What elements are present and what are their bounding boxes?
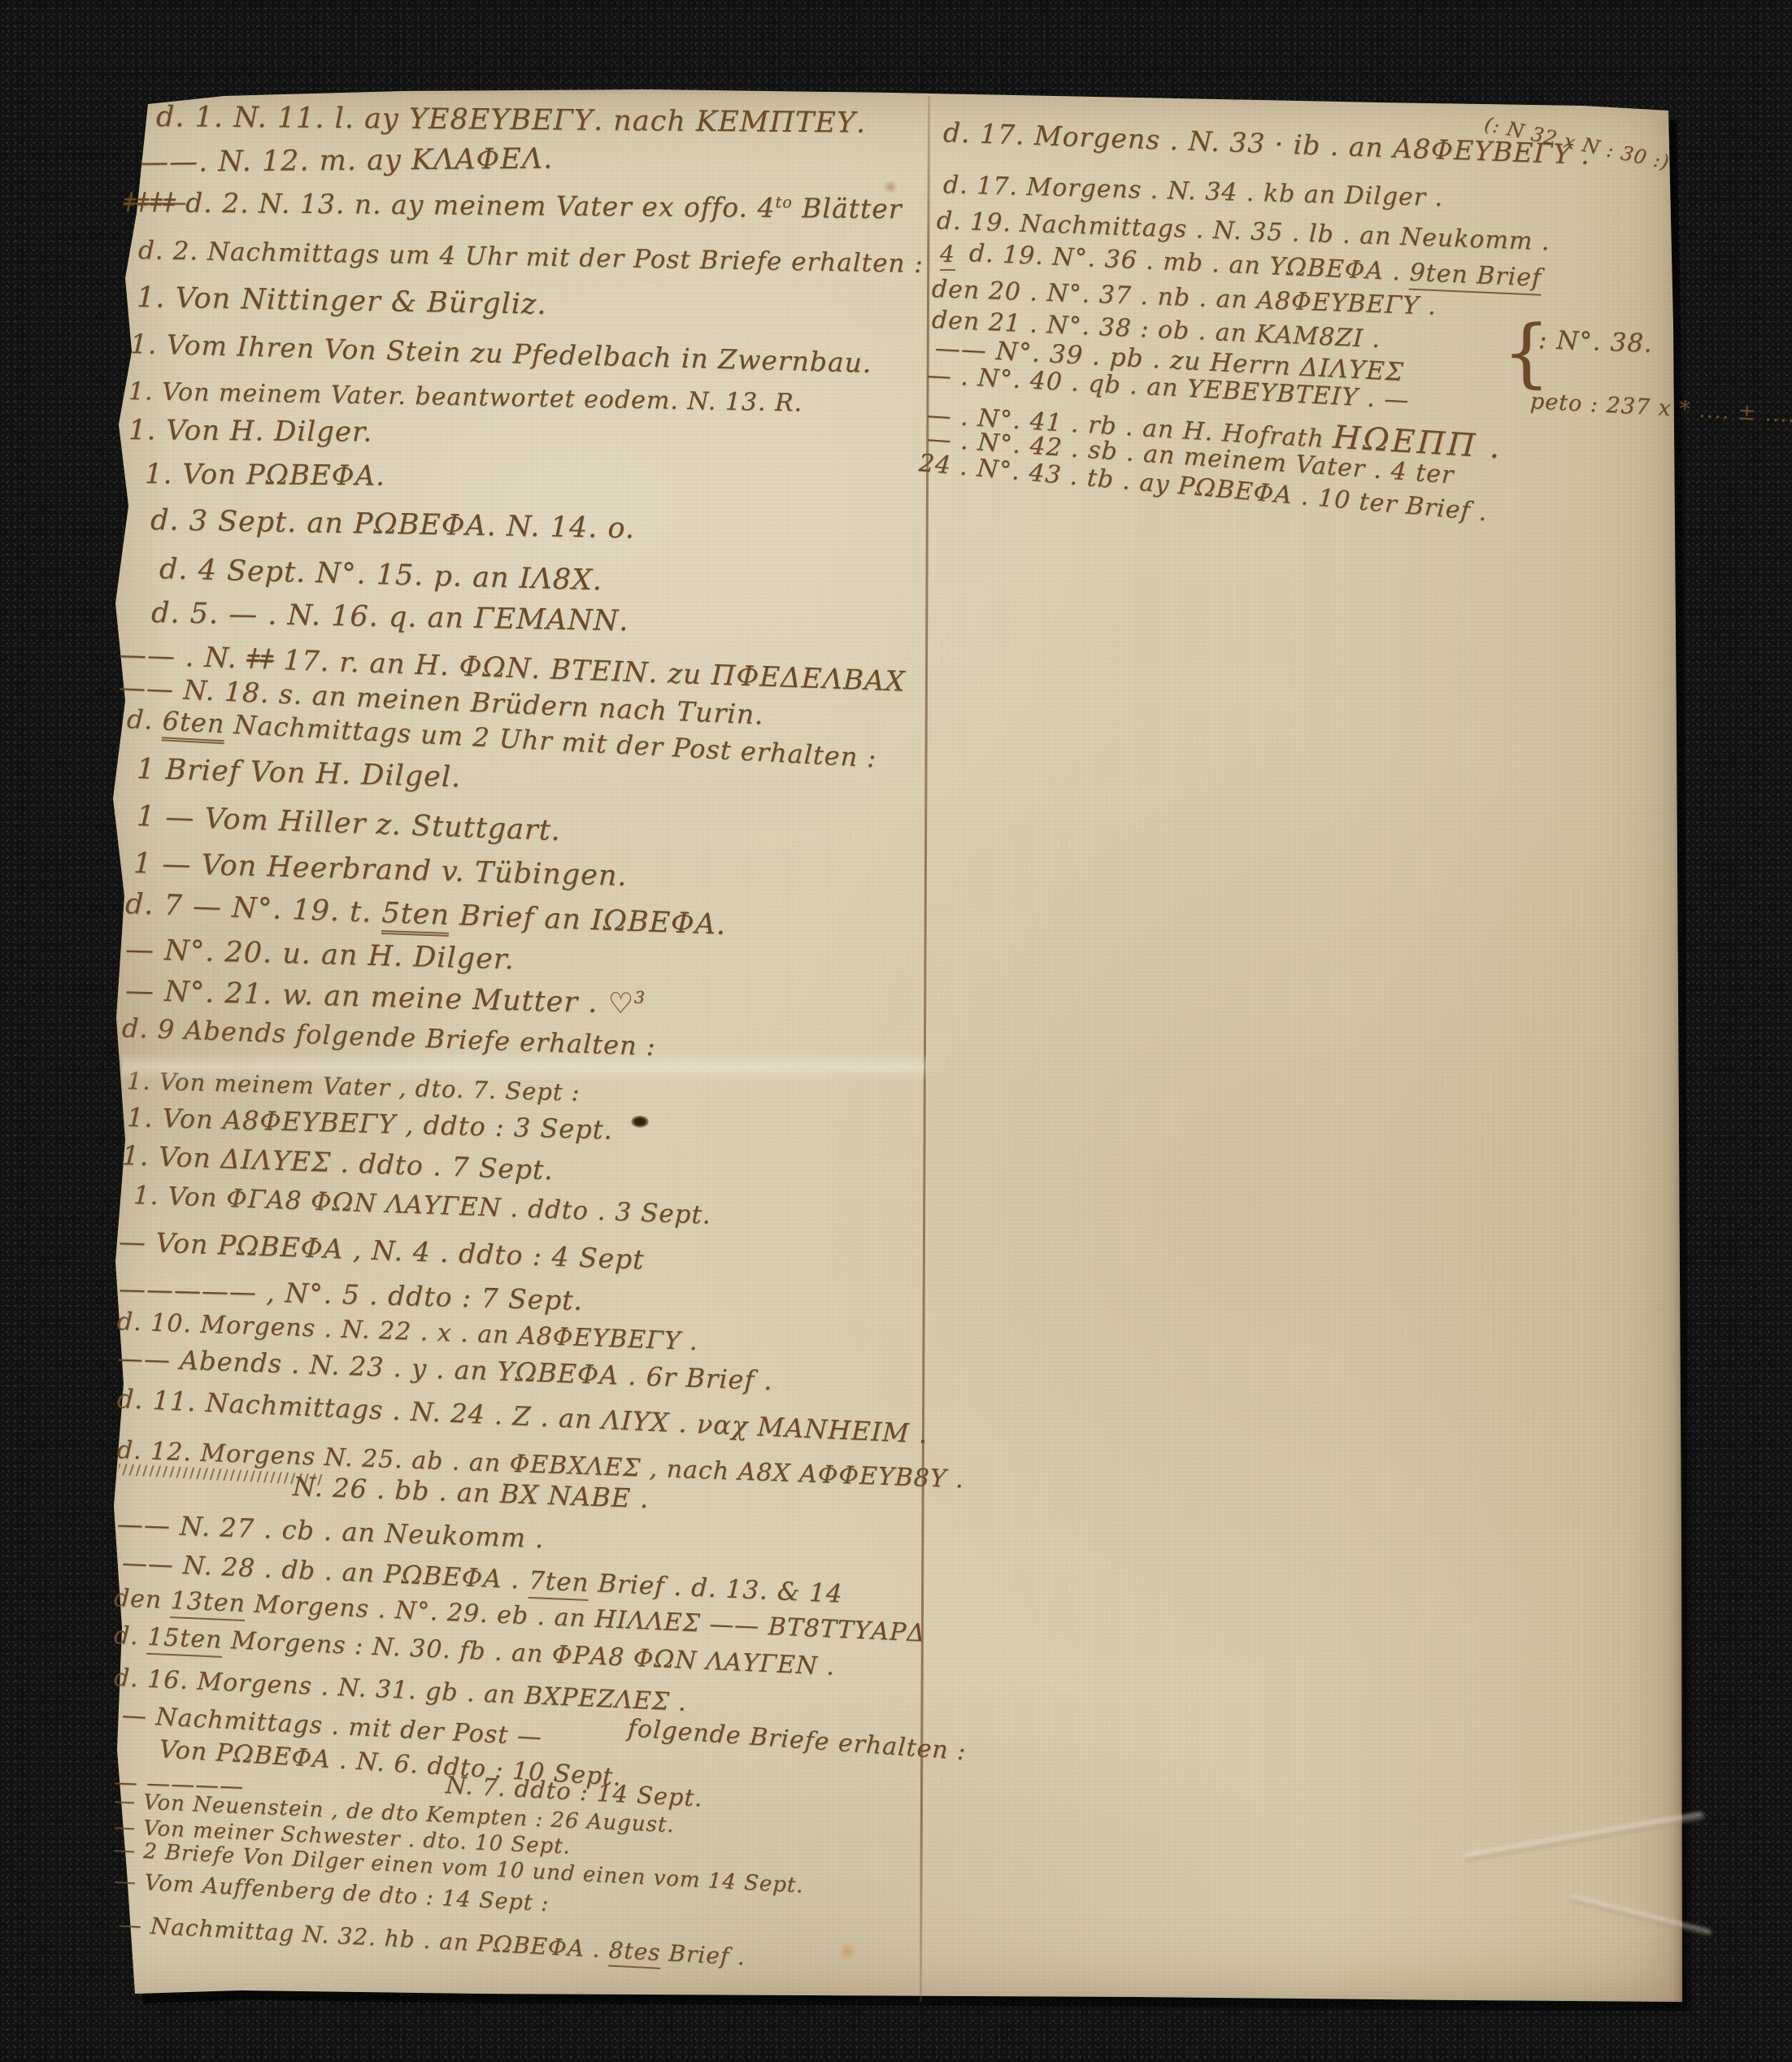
handwritten-text-run: 9ten Brief: [1409, 259, 1542, 296]
handwritten-text-run: — N°. 20. u. an H. Dilger.: [124, 933, 515, 977]
handwritten-text-run: 6ten: [162, 705, 226, 744]
handwritten-text-run: 1 — Vom Hiller z. Stuttgart.: [136, 800, 561, 847]
right-column-entry-line: : N°. 38.: [1538, 327, 1653, 357]
handwritten-text-run: 1. Von ΡΩΒΕΦΑ.: [145, 458, 385, 493]
handwritten-text-run: d. 3 Sept. an ΡΩΒΕΦΑ. N. 14. o.: [150, 504, 636, 545]
left-column-entry-line: 1. Von H. Dilger.: [128, 416, 373, 447]
handwritten-text-run: ǂǂ: [246, 643, 275, 676]
handwritten-text-run: 13ten: [170, 1586, 246, 1621]
handwritten-text-run: : N°. 38.: [1538, 325, 1653, 359]
handwritten-text-run: den: [113, 1584, 171, 1615]
left-column-entry-line: 1. Von meinem Vater. beantwortet eodem. …: [128, 379, 803, 416]
handwritten-text-run: d. 7 — N°. 19. t.: [124, 888, 382, 929]
left-column-entry-line: 1 Brief Von H. Dilgel.: [137, 755, 462, 793]
paper-stain-mark: [883, 181, 898, 194]
paper-stain-mark: [839, 1942, 855, 1961]
left-column-entry-line: d. 1. N. 11. l. ay ΥΕ8ΕΥΒΕΓΥ. nach ΚΕΜΠΤ…: [156, 102, 866, 138]
left-column-entry-line: — Von ΡΩΒΕΦΑ , N. 4 . ddto : 4 Sept: [118, 1228, 645, 1274]
handwritten-text-run: d.: [113, 1621, 148, 1651]
right-column-entry-line: peto : 237 x * .... ± .... ?: [1529, 390, 1792, 428]
paper-crease-mark: [1568, 1895, 1712, 1936]
handwritten-text-run: 3: [634, 987, 646, 1007]
handwritten-text-run: 1. Von ΔΙΛΥΕΣ . ddto . 7 Sept.: [121, 1139, 554, 1186]
left-column-entry-line: ǂǂǂǂ d. 2. N. 13. n. ay meinem Vater ex …: [124, 189, 903, 224]
handwritten-text-run: Brief .: [660, 1939, 746, 1970]
right-column-entry-line: 4: [940, 242, 955, 266]
handwritten-text-run: d. 2. Nachmittags um 4 Uhr mit der Post …: [138, 236, 924, 279]
handwritten-text-run: d. 1. N. 11. l. ay ΥΕ8ΕΥΒΕΓΥ. nach ΚΕΜΠΤ…: [156, 101, 866, 140]
left-column-entry-line: 1. Von Nittinger & Bürgliz.: [137, 283, 547, 320]
handwritten-text-run: d. 17. Morgens . N. 34 . kb an Dilger .: [943, 171, 1444, 212]
handwritten-text-run: 8tes: [608, 1937, 662, 1969]
handwritten-text-run: Blätter: [793, 192, 903, 224]
handwritten-text-run: — N°. 21. w. an meine Mutter . ♡: [124, 975, 634, 1020]
right-column-entry-line: d. 17. Morgens . N. 34 . kb an Dilger .: [943, 172, 1444, 211]
left-column-entry-line: —— N. 27 . cb . an Neukomm .: [116, 1511, 545, 1553]
handwritten-text-run: 1. Von H. Dilger.: [128, 414, 373, 449]
left-column-entry-line: — N°. 21. w. an meine Mutter . ♡3: [125, 976, 646, 1020]
left-column-entry-line: 1. Von ΡΩΒΕΦΑ.: [145, 460, 385, 491]
left-column-entry-line: folgende Briefe erhalten :: [627, 1716, 968, 1765]
left-column-entry-line: ——. N. 12. m. ay ΚΛΑΦΕΛ.: [140, 145, 554, 178]
left-column-entry-line: d. 3 Sept. an ΡΩΒΕΦΑ. N. 14. o.: [150, 506, 636, 544]
handwritten-text-run: 5ten: [381, 897, 450, 937]
handwritten-text-run: 1. Von Α8ΦΕΥΒΕΓΥ , ddto : 3 Sept.: [127, 1102, 614, 1146]
handwritten-text-run: d. 5. — . N. 16. q. an ΓΕΜΑΝΝ.: [151, 597, 629, 637]
handwritten-text-run: d. 4 Sept. N°. 15. p. an ΙΛ8Χ.: [159, 553, 602, 597]
manuscript-content-layer: d. 1. N. 11. l. ay ΥΕ8ΕΥΒΕΓΥ. nach ΚΕΜΠΤ…: [0, 0, 1792, 2062]
handwritten-text-run: — Von ΡΩΒΕΦΑ , N. 4 . ddto : 4 Sept: [118, 1225, 645, 1276]
handwritten-text-run: —— . N.: [118, 638, 247, 675]
left-column-entry-line: d. 5. — . N. 16. q. an ΓΕΜΑΝΝ.: [151, 598, 629, 637]
paper-stain-mark: [122, 1052, 927, 1081]
paper-crease-mark: [1463, 1812, 1704, 1862]
handwritten-text-run: — Nachmittag N. 32. hb . an ΡΩΒΕΦΑ .: [118, 1911, 609, 1964]
left-column-entry-line: d. 2. Nachmittags um 4 Uhr mit der Post …: [138, 237, 924, 277]
handwritten-text-run: folgende Briefe erhalten :: [627, 1714, 968, 1766]
left-column-entry-line: d. 7 — N°. 19. t. 5ten Brief an ΙΩΒΕΦΑ.: [124, 890, 726, 941]
left-column-entry-line: 1. Von Α8ΦΕΥΒΕΓΥ , ddto : 3 Sept.: [127, 1104, 614, 1144]
handwritten-text-run: ǂǂǂǂ: [124, 186, 185, 219]
handwritten-text-run: to: [776, 193, 793, 211]
left-column-entry-line: 1. Vom Ihren Von Stein zu Pfedelbach in …: [130, 330, 872, 378]
left-column-entry-line: d. 11. Nachmittags . N. 24 . Z . an ΛΙΥΧ…: [116, 1386, 929, 1448]
handwritten-text-run: 7ten: [528, 1566, 589, 1601]
left-column-entry-line: — N°. 20. u. an H. Dilger.: [125, 935, 515, 975]
left-column-entry-line: 1. Von ΦΓΑ8 ΦΩΝ ΛΑΥΓΕΝ . ddto . 3 Sept.: [133, 1182, 711, 1229]
left-column-entry-line: 1 — Von Heerbrand v. Tübingen.: [133, 849, 629, 892]
left-column-entry-line: 1. Von ΔΙΛΥΕΣ . ddto . 7 Sept.: [121, 1142, 554, 1185]
left-column-entry-line: d. 4 Sept. N°. 15. p. an ΙΛ8Χ.: [159, 555, 603, 596]
handwritten-text-run: d.: [126, 703, 163, 736]
handwritten-text-run: Brief . d. 13. & 14: [589, 1568, 844, 1609]
handwritten-text-run: peto : 237 x * .... ± .... ?: [1529, 389, 1792, 428]
handwritten-text-run: 1 — Von Heerbrand v. Tübingen.: [133, 847, 628, 893]
handwritten-text-run: 1. Von ΦΓΑ8 ΦΩΝ ΛΑΥΓΕΝ . ddto . 3 Sept.: [133, 1181, 711, 1230]
left-column-entry-line: — Nachmittag N. 32. hb . an ΡΩΒΕΦΑ . 8te…: [118, 1912, 746, 1969]
handwritten-text-run: ——. N. 12. m. ay ΚΛΑΦΕΛ.: [140, 143, 554, 179]
handwritten-text-run: d. 2. N. 13. n. ay meinem Vater ex offo.…: [185, 187, 776, 224]
handwritten-text-run: 1. Von Nittinger & Bürgliz.: [137, 281, 547, 321]
handwritten-text-run: 1. Vom Ihren Von Stein zu Pfedelbach in …: [130, 328, 872, 379]
left-column-entry-line: 1 — Vom Hiller z. Stuttgart.: [136, 802, 561, 846]
handwritten-text-run: 1 Brief Von H. Dilgel.: [136, 753, 461, 794]
photo-backdrop-fabric: d. 1. N. 11. l. ay ΥΕ8ΕΥΒΕΓΥ. nach ΚΕΜΠΤ…: [0, 0, 1792, 2062]
handwritten-text-run: Brief an ΙΩΒΕΦΑ.: [449, 899, 727, 942]
handwritten-text-run: 15ten: [146, 1623, 223, 1658]
handwritten-text-run: 4: [940, 241, 955, 271]
ink-blot-mark: [631, 1116, 649, 1128]
handwritten-text-run: —— N. 27 . cb . an Neukomm .: [116, 1508, 545, 1554]
handwritten-text-run: 1. Von meinem Vater. beantwortet eodem. …: [128, 377, 803, 417]
